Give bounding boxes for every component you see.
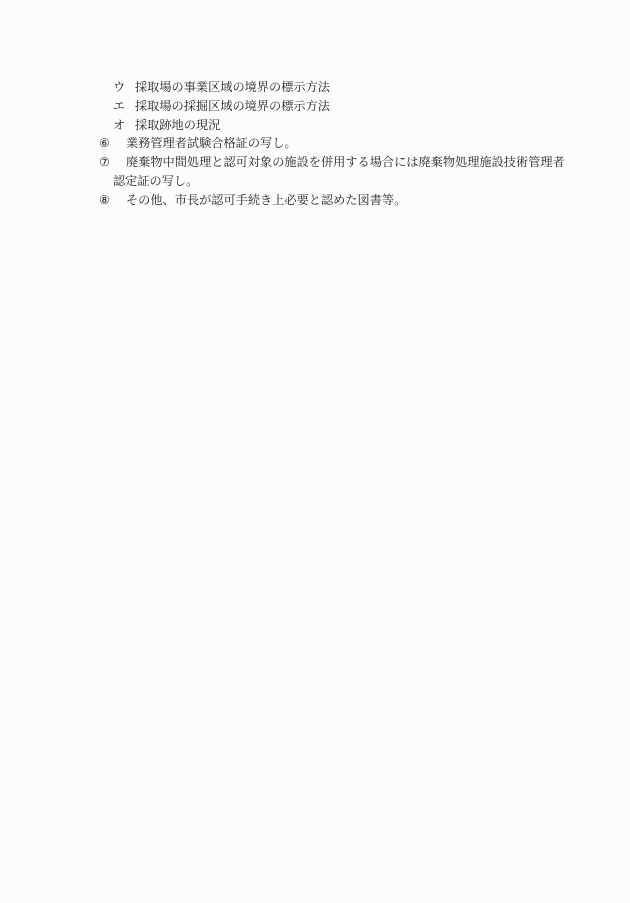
item-marker: ウ xyxy=(113,78,135,97)
list-item-line: オ採取跡地の現況 xyxy=(0,116,630,135)
list-item-line: ウ採取場の事業区域の境界の標示方法 xyxy=(0,78,630,97)
list-item: エ採取場の採掘区域の境界の標示方法 xyxy=(0,97,630,116)
item-text: その他、市長が認可手続き上必要と認めた図書等。 xyxy=(126,193,406,207)
item-marker: ⑥ xyxy=(99,134,126,153)
list-item-line: ⑦廃棄物中間処理と認可対象の施設を併用する場合には廃棄物処理施設技術管理者 xyxy=(0,153,630,172)
item-marker: オ xyxy=(113,116,135,135)
item-text: 業務管理者試験合格証の写し。 xyxy=(126,136,297,150)
list-item-line: ⑥業務管理者試験合格証の写し。 xyxy=(0,134,630,153)
item-marker: ⑦ xyxy=(99,153,126,172)
item-text: 採取場の採掘区域の境界の標示方法 xyxy=(135,99,330,113)
item-text: 廃棄物中間処理と認可対象の施設を併用する場合には廃棄物処理施設技術管理者 xyxy=(126,155,565,169)
item-marker: ⑧ xyxy=(99,191,126,210)
list-item: オ採取跡地の現況 xyxy=(0,116,630,135)
continuation-line: 認定証の写し。 xyxy=(0,172,630,191)
list-item: ⑦廃棄物中間処理と認可対象の施設を併用する場合には廃棄物処理施設技術管理者 認定… xyxy=(0,153,630,191)
item-text: 認定証の写し。 xyxy=(113,174,198,188)
list-item: ウ採取場の事業区域の境界の標示方法 xyxy=(0,78,630,97)
document-body: ウ採取場の事業区域の境界の標示方法 エ採取場の採掘区域の境界の標示方法 オ採取跡… xyxy=(0,78,630,210)
list-item-line: エ採取場の採掘区域の境界の標示方法 xyxy=(0,97,630,116)
item-text: 採取場の事業区域の境界の標示方法 xyxy=(135,80,330,94)
list-item: ⑧その他、市長が認可手続き上必要と認めた図書等。 xyxy=(0,191,630,210)
list-item: ⑥業務管理者試験合格証の写し。 xyxy=(0,134,630,153)
document-page: ウ採取場の事業区域の境界の標示方法 エ採取場の採掘区域の境界の標示方法 オ採取跡… xyxy=(0,0,630,903)
item-marker: エ xyxy=(113,97,135,116)
item-text: 採取跡地の現況 xyxy=(135,118,220,132)
list-item-line: ⑧その他、市長が認可手続き上必要と認めた図書等。 xyxy=(0,191,630,210)
